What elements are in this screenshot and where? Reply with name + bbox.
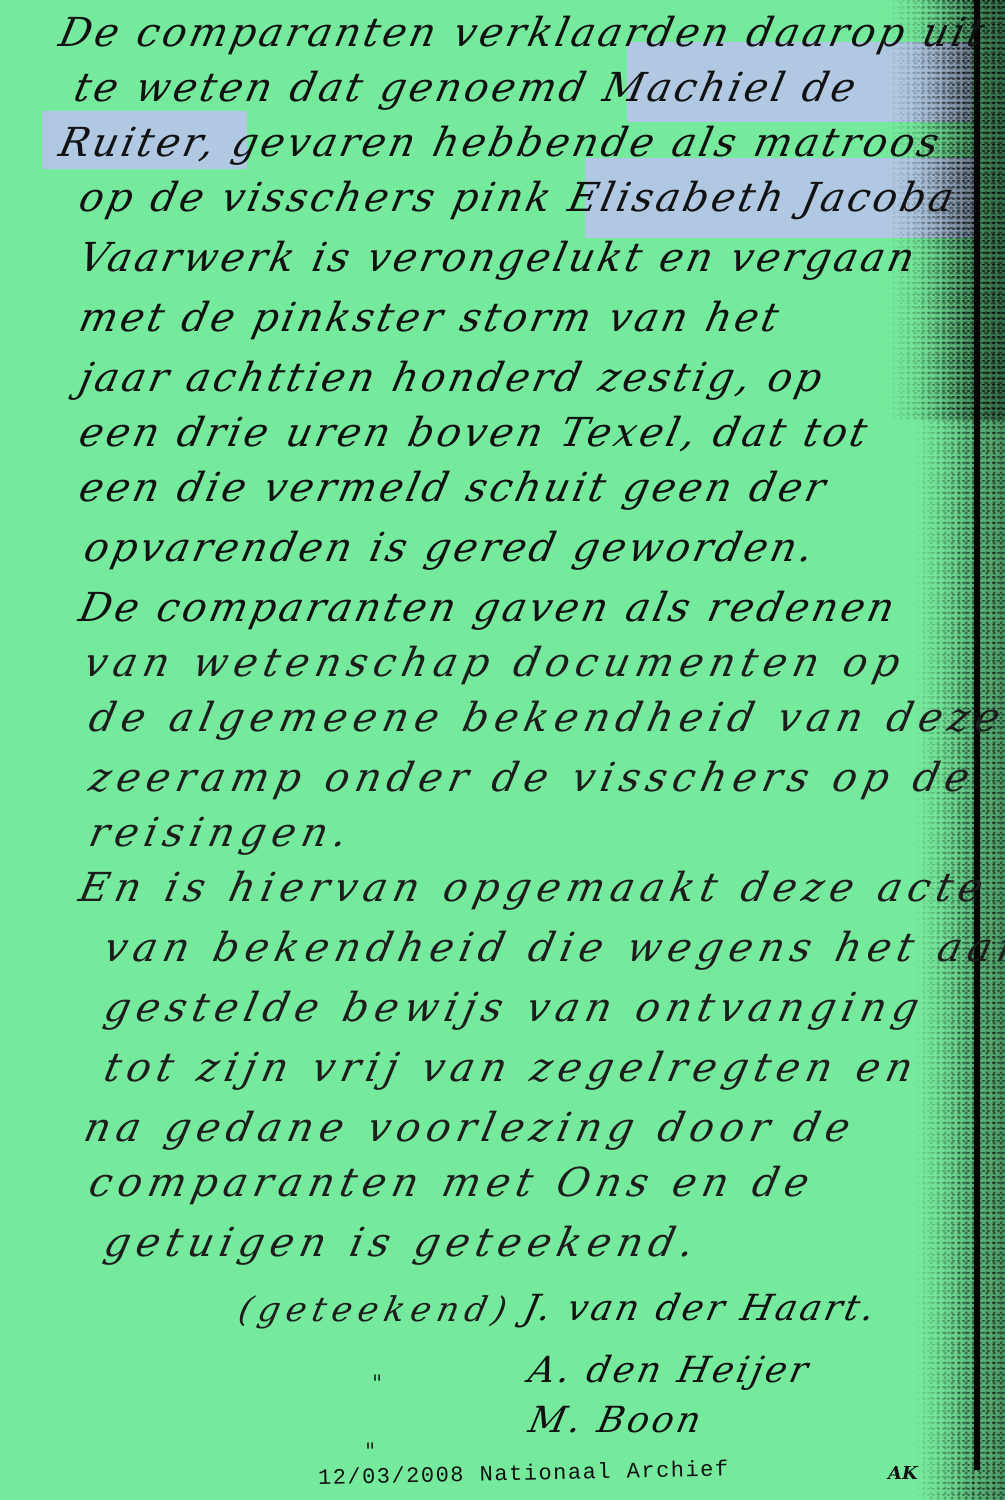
handwritten-line: tot zijn vrij van zegelregten en [100, 1045, 923, 1091]
signature-boon: M. Boon [525, 1400, 707, 1441]
signature-van-der-haart: J. van der Haart. [520, 1288, 881, 1329]
handwritten-line: opvarenden is gered geworden. [80, 525, 820, 571]
handwritten-line: De comparanten verklaarden daarop uit [55, 10, 992, 56]
handwritten-line: na gedane voorlezing door de [80, 1105, 860, 1151]
handwritten-line: Ruiter, gevaren hebbende als matroos [55, 120, 946, 166]
ditto-mark: " [372, 1372, 382, 1397]
handwritten-line: zeeramp onder de visschers op de [85, 755, 980, 801]
handwritten-line: getuigen is geteekend. [100, 1220, 704, 1266]
handwritten-line: een die vermeld schuit geen der [75, 465, 832, 511]
handwritten-line: De comparanten gaven als redenen [75, 585, 901, 631]
handwritten-line: de algemeene bekendheid van deze [85, 695, 1005, 741]
signature-den-heijer: A. den Heijer [525, 1350, 814, 1391]
handwritten-line: van wetenschap documenten op [80, 640, 910, 686]
handwritten-line: En is hiervan opgemaakt deze acte [75, 865, 993, 911]
handwritten-line: van bekendheid die wegens het aan [100, 925, 1005, 971]
handwritten-line: reisingen. [85, 810, 357, 856]
handwritten-line: jaar achttien honderd zestig, op [75, 355, 829, 401]
handwritten-line: een drie uren boven Texel, dat tot [75, 410, 874, 456]
archive-date-stamp: 12/03/2008 Nationaal Archief [318, 1457, 730, 1491]
ditto-mark: " [365, 1440, 375, 1465]
handwritten-line: op de visschers pink Elisabeth Jacoba [75, 175, 961, 221]
archive-document-page: De comparanten verklaarden daarop uit te… [0, 0, 1005, 1500]
handwritten-line: gestelde bewijs van ontvanging [100, 985, 929, 1031]
handwritten-line: comparanten met Ons en de [85, 1160, 819, 1206]
signed-label: (geteekend) [235, 1290, 516, 1330]
archivist-initials: AK [888, 1463, 918, 1484]
handwritten-line: met de pinkster storm van het [75, 295, 786, 341]
handwritten-line: te weten dat genoemd Machiel de [70, 65, 863, 111]
handwritten-line: Vaarwerk is verongelukt en vergaan [75, 235, 922, 281]
